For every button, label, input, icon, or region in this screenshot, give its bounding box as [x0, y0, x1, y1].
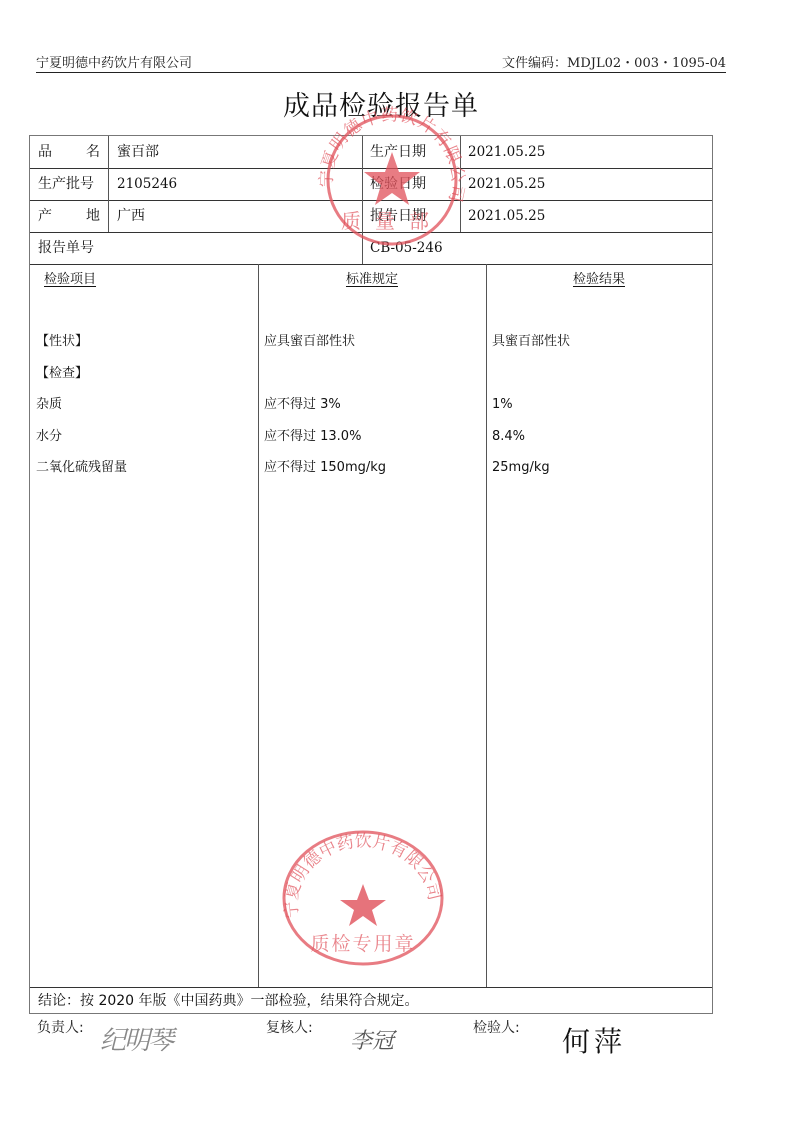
col-header-result: 检验结果: [486, 270, 712, 290]
conclusion: 结论：按 2020 年版《中国药典》一部检验，结果符合规定。: [38, 991, 419, 1011]
report-number-label: 报告单号: [38, 238, 94, 258]
report-date-label: 报告日期: [370, 206, 426, 226]
report-table: 品名 蜜百部 生产日期 2021.05.25 生产批号 2105246 检验日期…: [29, 135, 713, 1014]
result-value: 8.4%: [492, 427, 525, 447]
result-value: 具蜜百部性状: [492, 332, 570, 352]
result-standard: 应不得过 13.0%: [264, 427, 361, 447]
result-item: 水分: [36, 427, 62, 447]
col-divider: [362, 136, 363, 264]
document-code: 文件编码：MDJL02・003・1095-04: [502, 52, 726, 71]
reviewer-label: 复核人:: [266, 1017, 313, 1037]
responsible-signature: 纪明琴: [100, 1020, 172, 1057]
batch-value: 2105246: [117, 174, 177, 194]
row-divider: [30, 987, 712, 988]
origin-label: 产地: [38, 206, 100, 226]
row-divider: [30, 168, 712, 169]
product-name-value: 蜜百部: [117, 142, 159, 162]
inspector-signature: 何萍: [562, 1020, 626, 1060]
result-item: 【性状】: [36, 332, 88, 352]
company-name: 宁夏明德中药饮片有限公司: [36, 52, 192, 71]
col-header-standard: 标准规定: [258, 270, 486, 290]
header-divider: [36, 72, 726, 73]
col-divider: [486, 264, 487, 987]
page-title: 成品检验报告单: [0, 84, 762, 123]
label-char: 名: [86, 142, 100, 162]
row-divider: [30, 200, 712, 201]
report-number-value: CB-05-246: [370, 238, 443, 258]
result-item: 杂质: [36, 395, 62, 415]
col-divider: [460, 136, 461, 232]
result-item: 二氧化硫残留量: [36, 458, 127, 478]
label-char: 品: [38, 142, 52, 162]
report-date-value: 2021.05.25: [468, 206, 545, 226]
product-name-label: 品名: [38, 142, 100, 162]
col-divider: [108, 136, 109, 232]
row-divider: [30, 264, 712, 265]
col-header-item: 检验项目: [44, 270, 96, 290]
test-date-label: 检验日期: [370, 174, 426, 194]
label-char: 地: [86, 206, 100, 226]
result-standard: 应不得过 3%: [264, 395, 341, 415]
inspector-label: 检验人:: [473, 1017, 520, 1037]
responsible-label: 负责人:: [37, 1017, 84, 1037]
test-date-value: 2021.05.25: [468, 174, 545, 194]
label-char: 产: [38, 206, 52, 226]
result-item: 【检查】: [36, 364, 88, 384]
col-divider: [258, 264, 259, 987]
result-standard: 应具蜜百部性状: [264, 332, 355, 352]
batch-label: 生产批号: [38, 174, 94, 194]
result-value: 1%: [492, 395, 513, 415]
result-value: 25mg/kg: [492, 458, 550, 478]
reviewer-signature: 李冠: [350, 1024, 394, 1055]
origin-value: 广西: [117, 206, 145, 226]
production-date-value: 2021.05.25: [468, 142, 545, 162]
production-date-label: 生产日期: [370, 142, 426, 162]
row-divider: [30, 232, 712, 233]
result-standard: 应不得过 150mg/kg: [264, 458, 386, 478]
